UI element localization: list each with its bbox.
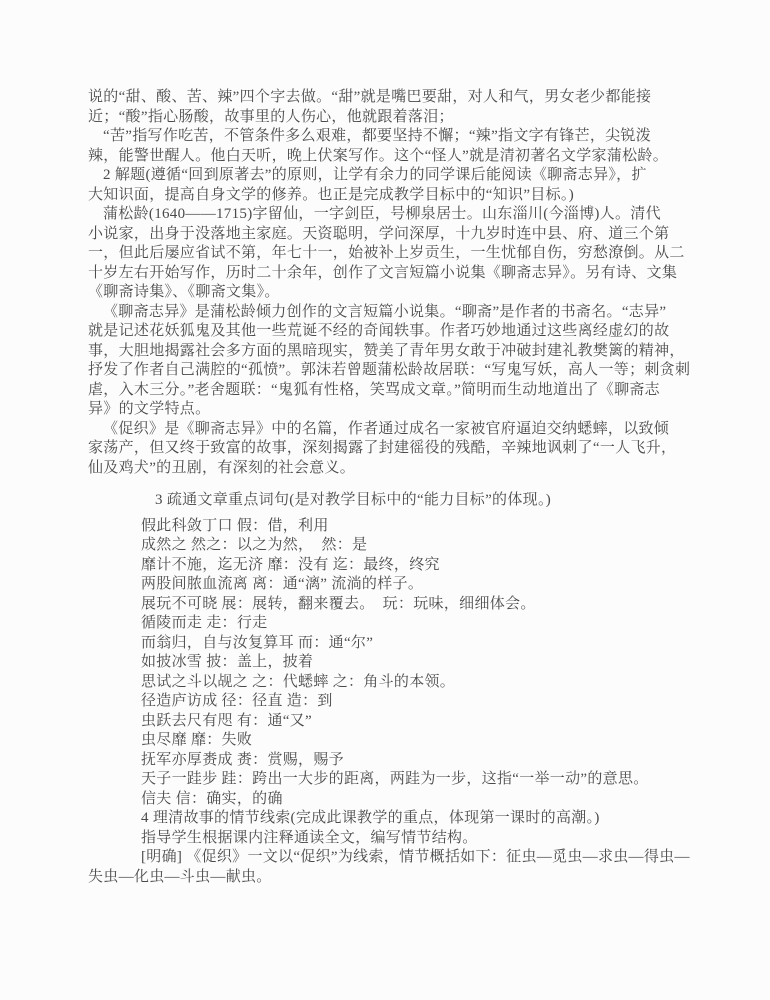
doc-text-line: 十岁左右开始写作，历时二十余年，创作了文言短篇小说集《聊斋志异》。另有诗、文集 bbox=[88, 264, 708, 284]
doc-text-line: 虫尽靡 靡：失败 bbox=[88, 731, 708, 751]
doc-text-line: 辣，能警世醒人。他白天听，晚上伏案写作。这个“怪人”就是清初著名文学家蒲松龄。 bbox=[88, 147, 708, 167]
doc-text-line: 展玩不可晓 展：展转，翻来覆去。 玩：玩味，细细体会。 bbox=[88, 595, 708, 615]
doc-text-line: 近；“酸”指心肠酸，故事里的人伤心，他就跟着落泪； bbox=[88, 108, 708, 128]
doc-text-line: 天子一跬步 跬：跨出一大步的距离，两跬为一步，这指“一举一动”的意思。 bbox=[88, 770, 708, 790]
doc-text-line: 径造庐访成 径：径直 造：到 bbox=[88, 692, 708, 712]
doc-text-line: 异》的文学特点。 bbox=[88, 400, 708, 420]
doc-text-line: 仙及鸡犬”的丑剧，有深刻的社会意义。 bbox=[88, 459, 708, 479]
doc-text-line: 事，大胆地揭露社会多方面的黑暗现实，赞美了青年男女敢于冲破封建礼教樊篱的精神， bbox=[88, 342, 708, 362]
doc-text-line: 4 理清故事的情节线索(完成此课教学的重点，体现第一课时的高潮。) bbox=[88, 809, 708, 829]
doc-text-line: 抒发了作者自己满腔的“孤愤”。郭沫若曾题蒲松龄故居联：“写鬼写妖，高人一等；刺贪… bbox=[88, 361, 708, 381]
doc-text-line: 虫跃去尺有咫 有：通“又” bbox=[88, 712, 708, 732]
doc-text-line: 抚军亦厚赉成 赉：赏赐，赐予 bbox=[88, 751, 708, 771]
document-page: 说的“甜、酸、苦、辣”四个字去做。“甜”就是嘴巴要甜，对人和气，男女老少都能接近… bbox=[0, 0, 770, 1000]
doc-text-line: 虐，入木三分。”老舍题联：“鬼狐有性格，笑骂成文章。”简明而生动地道出了《聊斋志 bbox=[88, 381, 708, 401]
doc-text-line: 一，但此后屡应省试不第，年七十一，始被补上岁贡生，一生忧郁自伤，穷愁潦倒。从二 bbox=[88, 244, 708, 264]
doc-text-line: 就是记述花妖狐鬼及其他一些荒诞不经的奇闻轶事。作者巧妙地通过这些离经虚幻的故 bbox=[88, 322, 708, 342]
doc-text-line: 思试之斗以觇之 之：代蟋蟀 之：角斗的本领。 bbox=[88, 673, 708, 693]
doc-text-line: 指导学生根据课内注释通读全文，编写情节结构。 bbox=[88, 829, 708, 849]
doc-text-line: 蒲松龄(1640——1715)字留仙，一字剑臣，号柳泉居士。山东淄川(今淄博)人… bbox=[88, 205, 708, 225]
doc-text-line: “苦”指写作吃苦，不管条件多么艰难，都要坚持不懈；“辣”指文字有锋芒，尖锐泼 bbox=[88, 127, 708, 147]
doc-text-line: 说的“甜、酸、苦、辣”四个字去做。“甜”就是嘴巴要甜，对人和气，男女老少都能接 bbox=[88, 88, 708, 108]
doc-text-line: 信夫 信：确实，的确 bbox=[88, 790, 708, 810]
doc-text-line: 大知识面，提高自身文学的修养。也正是完成教学目标中的“知识”目标。) bbox=[88, 186, 708, 206]
doc-text-line: 《促织》是《聊斋志异》中的名篇，作者通过成名一家被官府逼迫交纳蟋蟀，以致倾 bbox=[88, 420, 708, 440]
doc-text-line: 循陵而走 走：行走 bbox=[88, 614, 708, 634]
doc-text-line: 3 疏通文章重点词句(是对教学目标中的“能力目标”的体现。) bbox=[88, 491, 708, 511]
doc-text-line: 成然之 然之：以之为然， 然：是 bbox=[88, 536, 708, 556]
doc-text-line: [明确] 《促织》一文以“促织”为线索，情节概括如下：征虫—觅虫—求虫—得虫— bbox=[88, 848, 708, 868]
doc-text-line: 假此科敛丁口 假：借，利用 bbox=[88, 517, 708, 537]
doc-text-line: 如披冰雪 披：盖上，披着 bbox=[88, 653, 708, 673]
doc-text-line: 而翁归，自与汝复算耳 而：通“尔” bbox=[88, 634, 708, 654]
blank-line bbox=[88, 478, 708, 491]
doc-text-line: 2 解题(遵循“回到原著去”的原则，让学有余力的同学课后能阅读《聊斋志异》，扩 bbox=[88, 166, 708, 186]
doc-text-line: 失虫—化虫—斗虫—献虫。 bbox=[88, 868, 708, 888]
doc-text-line: 家荡产，但又终于致富的故事，深刻揭露了封建徭役的残酷，辛辣地讽刺了“一人飞升， bbox=[88, 439, 708, 459]
doc-text-line: 小说家，出身于没落地主家庭。天资聪明，学问深厚，十九岁时连中县、府、道三个第 bbox=[88, 225, 708, 245]
doc-text-line: 《聊斋志异》是蒲松龄倾力创作的文言短篇小说集。“聊斋”是作者的书斋名。“志异” bbox=[88, 303, 708, 323]
doc-text-line: 靡计不施，迄无济 靡：没有 迄：最终，终究 bbox=[88, 556, 708, 576]
doc-text-line: 《聊斋诗集》、《聊斋文集》。 bbox=[88, 283, 708, 303]
doc-text-line: 两股间脓血流离 离：通“漓” 流淌的样子。 bbox=[88, 575, 708, 595]
